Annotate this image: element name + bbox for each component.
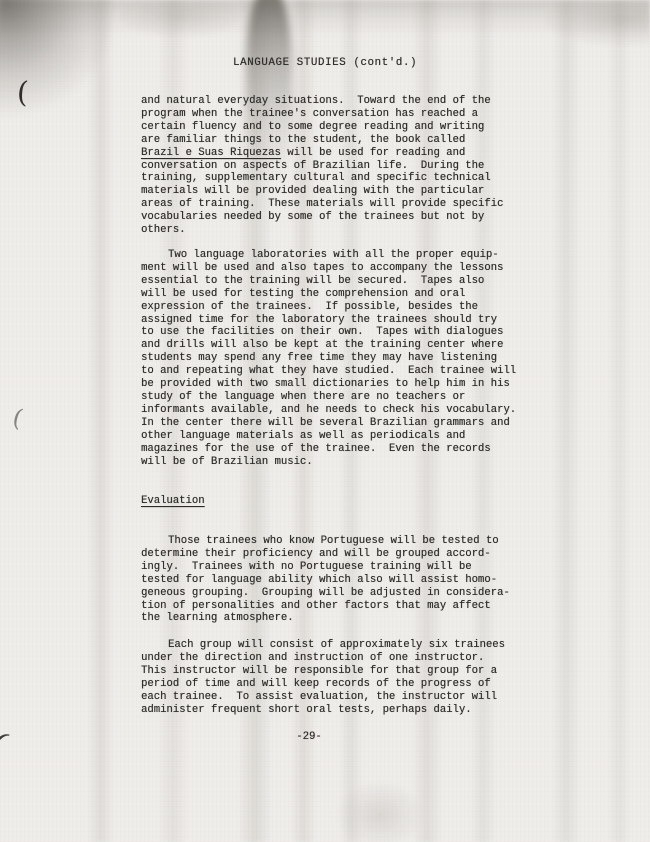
text-line: others. [141, 224, 503, 237]
margin-pen-mark: ( [16, 78, 29, 108]
document-page: ( ( ( LANGUAGE STUDIES (cont'd.) and nat… [0, 0, 650, 842]
text-line: vocabularies needed by some of the train… [141, 211, 503, 224]
text-line: essential to the training will be secure… [141, 275, 516, 288]
text-line: areas of training. These materials will … [141, 198, 503, 211]
text-line: to use the facilities on their own. Tape… [141, 326, 516, 339]
text-line: In the center there will be several Braz… [141, 417, 516, 430]
text-line: magazines for the use of the trainee. Ev… [141, 443, 516, 456]
text-line: and drills will also be kept at the trai… [141, 339, 516, 352]
text-line: tion of personalities and other factors … [141, 600, 510, 613]
text-line: will be used for testing the comprehensi… [141, 288, 516, 301]
text-line: This instructor will be responsible for … [141, 665, 505, 678]
paragraph-continuation: and natural everyday situations. Toward … [141, 95, 503, 237]
photocopy-top-band-smudge [0, 0, 650, 36]
text-line: to and repeating what they have studied.… [141, 365, 516, 378]
text-line: conversation on aspects of Brazilian lif… [141, 160, 503, 173]
text-line: each trainee. To assist evaluation, the … [141, 691, 505, 704]
text-line: tested for language ability which also w… [141, 574, 510, 587]
text-line: materials will be provided dealing with … [141, 185, 503, 198]
paragraph-testing: Those trainees who know Portuguese will … [141, 535, 510, 625]
paragraph-groups: Each group will consist of approximately… [141, 639, 505, 716]
text-line: administer frequent short oral tests, pe… [141, 704, 505, 717]
page-number: -29- [0, 731, 634, 743]
underlined-book-title: Brazil e Suas Riquezas [141, 147, 281, 159]
section-heading-evaluation: Evaluation [141, 495, 205, 507]
text-line: assigned time for the laboratory the tra… [141, 314, 516, 327]
text-line: ingly. Trainees with no Portuguese train… [141, 561, 510, 574]
text-line: study of the language when there are no … [141, 391, 516, 404]
text-line: Two language laboratories with all the p… [141, 249, 516, 262]
text-line: determine their proficiency and will be … [141, 548, 510, 561]
text-line: informants available, and he needs to ch… [141, 404, 516, 417]
text-line: training, supplementary cultural and spe… [141, 172, 503, 185]
text-line: are familiar things to the student, the … [141, 134, 503, 147]
text-line: Brazil e Suas Riquezas will be used for … [141, 147, 503, 160]
margin-pen-mark: ( [10, 405, 25, 431]
text-line: under the direction and instruction of o… [141, 652, 505, 665]
paragraph-laboratories: Two language laboratories with all the p… [141, 249, 516, 468]
text-line: be provided with two small dictionaries … [141, 378, 516, 391]
page-title: LANGUAGE STUDIES (cont'd.) [0, 57, 650, 69]
text-line: will be of Brazilian music. [141, 456, 516, 469]
text-line: ment will be used and also tapes to acco… [141, 262, 516, 275]
text-line: Those trainees who know Portuguese will … [141, 535, 510, 548]
text-line: period of time and will keep records of … [141, 678, 505, 691]
text-line: certain fluency and to some degree readi… [141, 121, 503, 134]
text-line: Each group will consist of approximately… [141, 639, 505, 652]
text-line: the learning atmosphere. [141, 612, 510, 625]
text-line: expression of the trainees. If possible,… [141, 301, 516, 314]
text-line: other language materials as well as peri… [141, 430, 516, 443]
text-line: geneous grouping. Grouping will be adjus… [141, 587, 510, 600]
text-line: and natural everyday situations. Toward … [141, 95, 503, 108]
text-line: students may spend any free time they ma… [141, 352, 516, 365]
text-line: program when the trainee's conversation … [141, 108, 503, 121]
